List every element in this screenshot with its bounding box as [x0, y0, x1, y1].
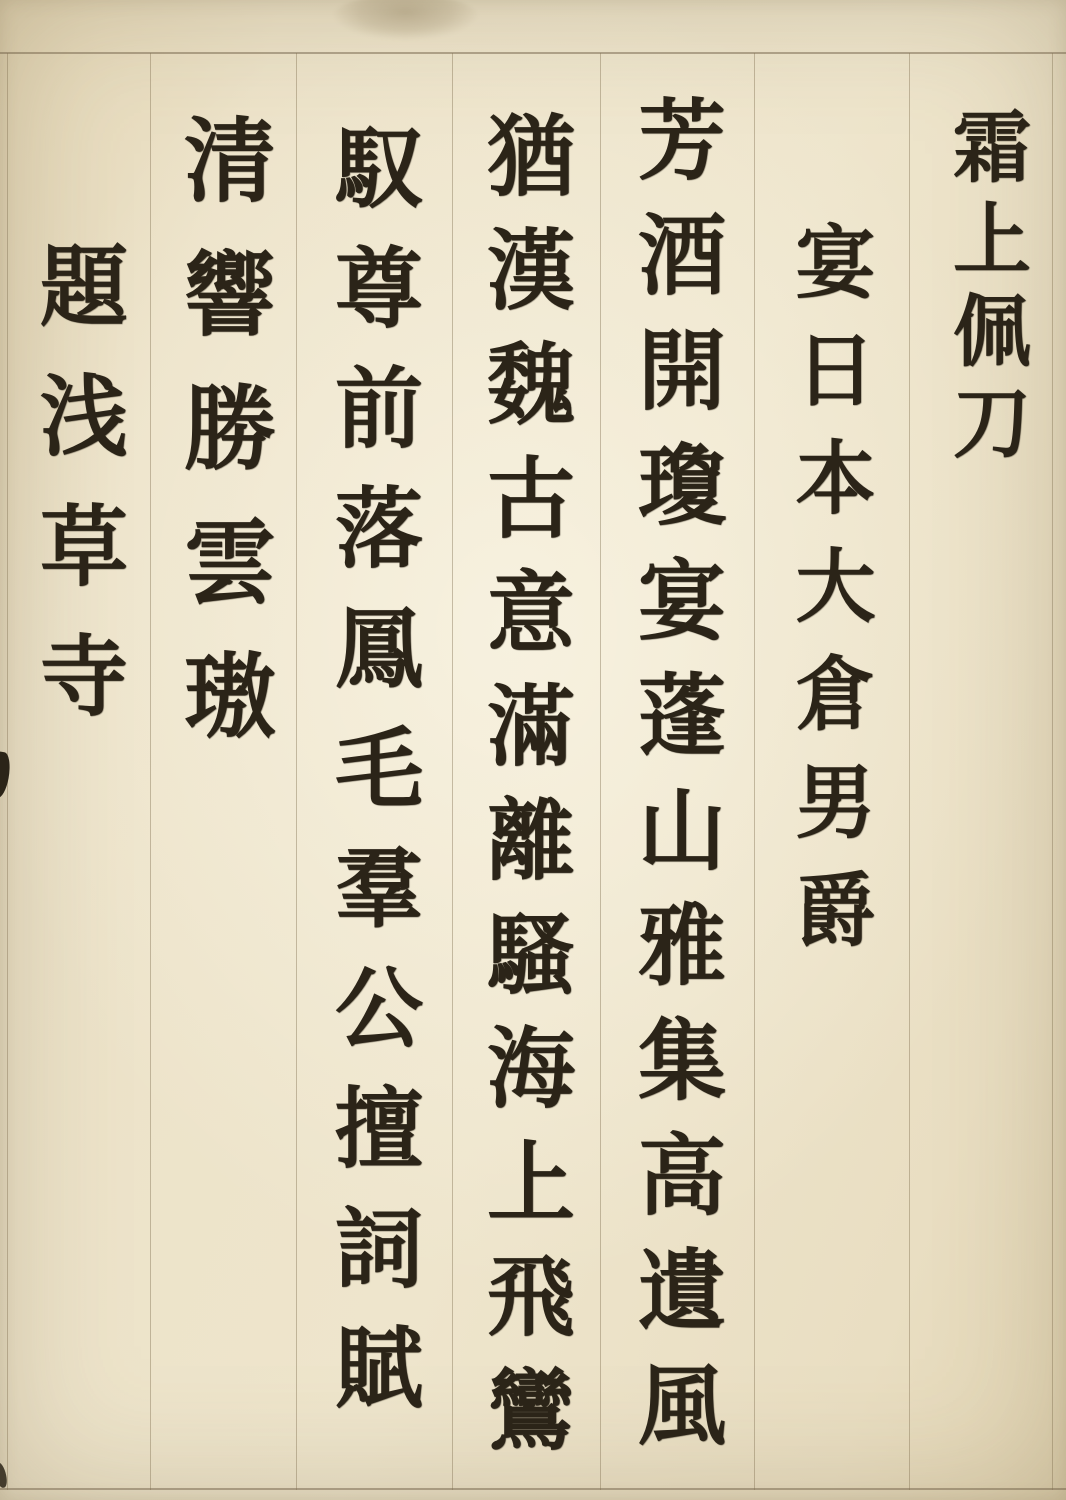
column-rule-line	[452, 53, 453, 1490]
column-rule-line	[909, 53, 910, 1490]
column-rule-line	[150, 53, 151, 1490]
column-rule-line	[296, 53, 297, 1490]
text-column-1-rightmost: 霜上佩刀	[946, 106, 1024, 474]
text-column-3: 芳酒開瓊宴蓬山雅集高遺風	[632, 94, 720, 1474]
column-rule-line	[600, 53, 601, 1490]
top-rule-line	[0, 52, 1066, 54]
column-rule-line	[754, 53, 755, 1490]
text-column-5: 馭尊前落鳳毛羣公擅詞賦	[329, 122, 417, 1442]
stamp-smudge	[333, 0, 478, 40]
text-column-6: 清響勝雲璈	[177, 112, 269, 782]
text-column-4: 猶漢魏古意滿離騷海上飛鸞	[481, 110, 569, 1478]
manuscript-page: 霜上佩刀 宴日本大倉男爵 芳酒開瓊宴蓬山雅集高遺風 猶漢魏古意滿離騷海上飛鸞 馭…	[0, 0, 1066, 1500]
column-rule-line	[1052, 53, 1053, 1490]
text-column-2-poem-title: 宴日本大倉男爵	[789, 220, 869, 976]
text-column-7-leftmost-title: 題浅草寺	[34, 240, 122, 760]
bottom-rule-line	[0, 1488, 1066, 1490]
